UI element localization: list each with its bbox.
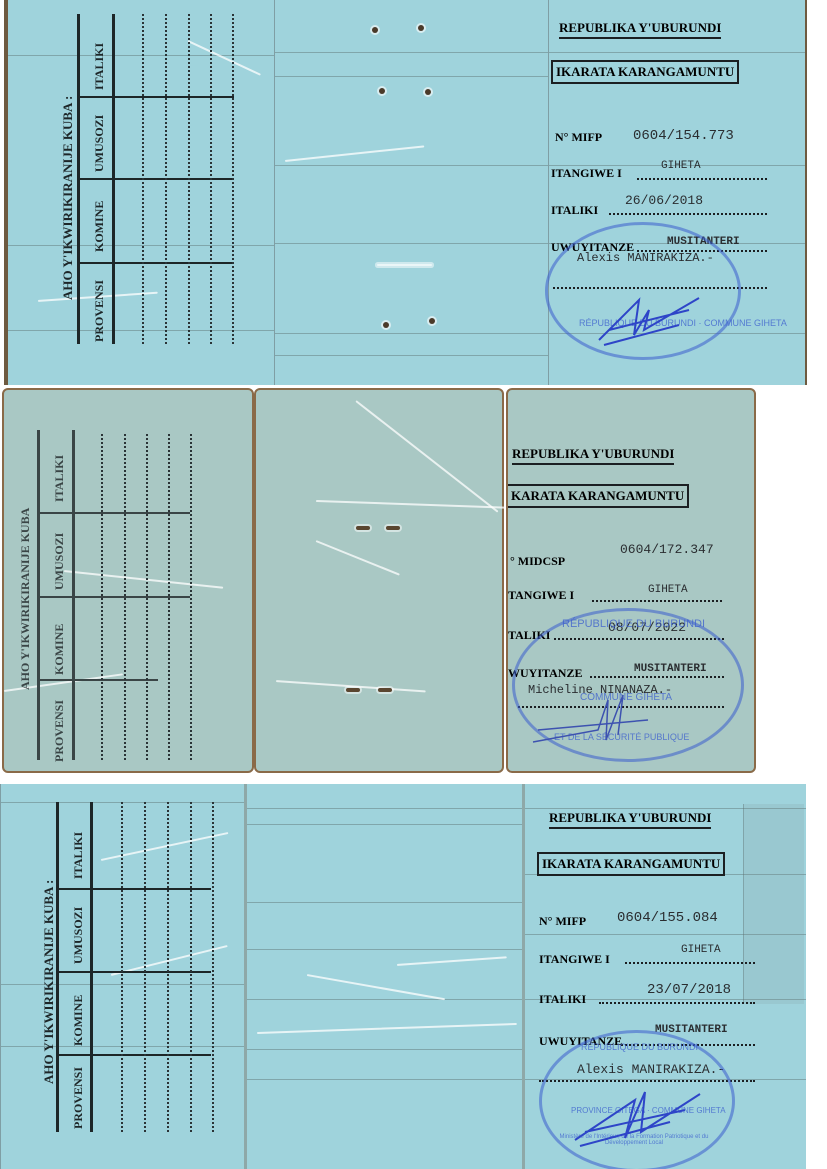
- right-panel: REPUBLIKA Y'UBURUNDI KARATA KARANGAMUNTU…: [506, 388, 756, 773]
- republic-heading: REPUBLIKA Y'UBURUNDI: [512, 446, 674, 465]
- card-title: KARATA KARANGAMUNTU: [508, 484, 689, 508]
- tape-patch: [743, 804, 804, 1004]
- id-card-1: AHO Y'IKWIRIKIRANIJE KUBA : PROVENSI KOM…: [0, 0, 807, 385]
- card-title: IKARATA KARANGAMUNTU: [537, 852, 725, 876]
- republic-heading: REPUBLIKA Y'UBURUNDI: [559, 20, 721, 39]
- column-umusozi: UMUSOZI: [52, 533, 67, 590]
- issued-at-label: ITANGIWE I: [539, 952, 610, 967]
- column-provensi: PROVENSI: [71, 1067, 86, 1129]
- middle-panel: [254, 388, 504, 773]
- column-provensi: PROVENSI: [92, 280, 107, 342]
- signature: [589, 290, 709, 350]
- issued-at-value: GIHETA: [648, 584, 688, 596]
- column-italiki: ITALIKI: [92, 43, 107, 90]
- middle-panel: [244, 784, 522, 1169]
- column-umusozi: UMUSOZI: [92, 115, 107, 172]
- column-provensi: PROVENSI: [52, 700, 67, 762]
- date-label: ITALIKI: [539, 992, 586, 1007]
- signature: [528, 690, 658, 750]
- issued-at-value: GIHETA: [661, 160, 701, 172]
- right-panel: REPUBLIKA Y'UBURUNDI IKARATA KARANGAMUNT…: [548, 0, 807, 385]
- issued-at-value: GIHETA: [681, 944, 721, 956]
- stamp-top-text: RÉPUBLIQUE DU BURUNDI: [581, 1042, 698, 1052]
- id-card-2: AHO Y'IKWIRIKIRANIJE KUBA PROVENSI KOMIN…: [0, 388, 756, 773]
- column-komine: KOMINE: [71, 995, 86, 1046]
- column-komine: KOMINE: [52, 624, 67, 675]
- id-card-3: AHO Y'IKWIRIKIRANIJE KUBA : PROVENSI KOM…: [0, 784, 806, 1169]
- left-panel: AHO Y'IKWIRIKIRANIJE KUBA PROVENSI KOMIN…: [2, 388, 254, 773]
- date-value: 26/06/2018: [625, 193, 703, 208]
- number-label: N° MIFP: [555, 130, 602, 145]
- column-umusozi: UMUSOZI: [71, 907, 86, 964]
- issued-at-label: TANGIWE I: [508, 588, 574, 603]
- number-value: 0604/172.347: [620, 542, 714, 557]
- date-label: ITALIKI: [551, 203, 598, 218]
- republic-heading: REPUBLIKA Y'UBURUNDI: [549, 810, 711, 829]
- number-value: 0604/155.084: [617, 910, 718, 926]
- left-panel: AHO Y'IKWIRIKIRANIJE KUBA : PROVENSI KOM…: [0, 784, 244, 1169]
- middle-panel: [274, 0, 548, 385]
- number-label: N° MIFP: [539, 914, 586, 929]
- signature: [565, 1080, 705, 1150]
- date-value: 23/07/2018: [647, 982, 731, 998]
- stamp-top-text: RÉPUBLIQUE DU BURUNDI: [562, 618, 705, 630]
- column-italiki: ITALIKI: [52, 455, 67, 502]
- column-italiki: ITALIKI: [71, 832, 86, 879]
- number-label: ° MIDCSP: [510, 554, 565, 569]
- right-panel: REPUBLIKA Y'UBURUNDI IKARATA KARANGAMUNT…: [522, 784, 806, 1169]
- number-value: 0604/154.773: [633, 128, 734, 144]
- left-panel: AHO Y'IKWIRIKIRANIJE KUBA : PROVENSI KOM…: [4, 0, 274, 385]
- issued-at-label: ITANGIWE I: [551, 166, 622, 181]
- card-title: IKARATA KARANGAMUNTU: [551, 60, 739, 84]
- address-history-heading: AHO Y'IKWIRIKIRANIJE KUBA :: [60, 96, 76, 300]
- address-history-heading: AHO Y'IKWIRIKIRANIJE KUBA: [18, 508, 33, 690]
- address-history-heading: AHO Y'IKWIRIKIRANIJE KUBA :: [41, 880, 57, 1084]
- column-komine: KOMINE: [92, 201, 107, 252]
